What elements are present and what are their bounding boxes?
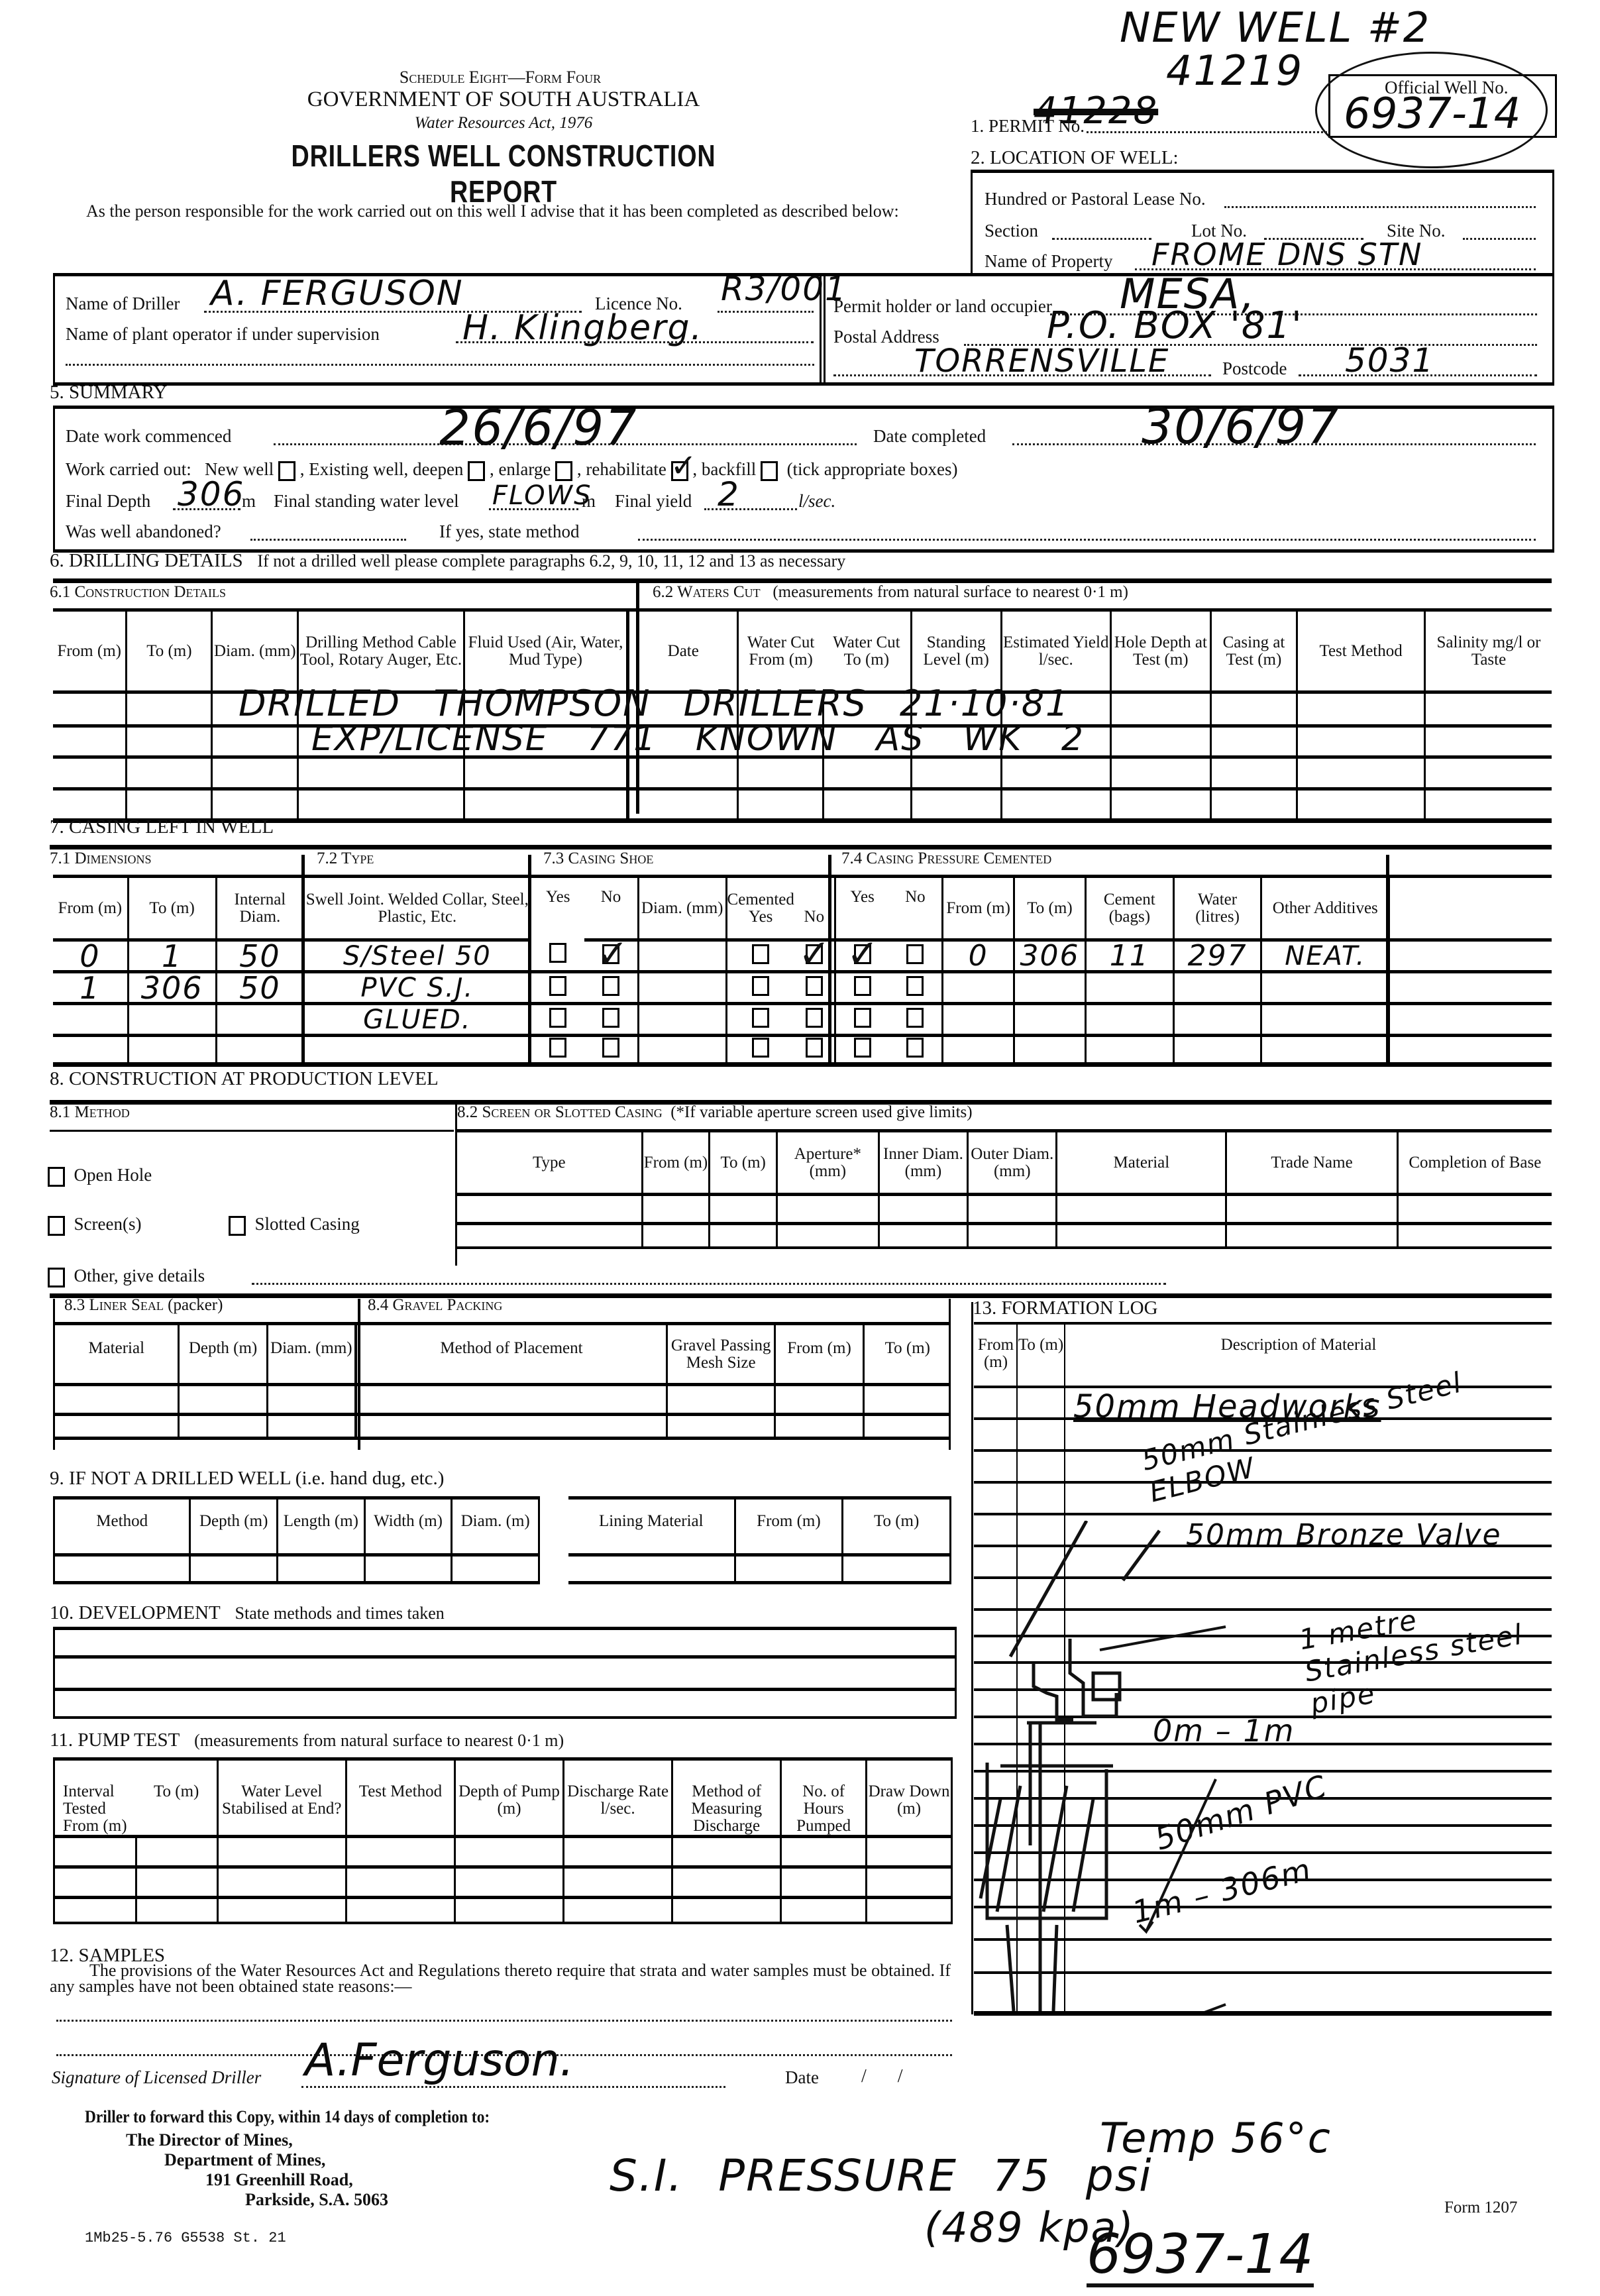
development-note: State methods and times taken [235,1604,445,1623]
development-title: 10. DEVELOPMENT [50,1602,221,1623]
shoe-yes-checkbox[interactable] [549,976,566,996]
driller-box: Name of Driller A. FERGUSON Licence No. … [53,273,826,386]
licence-field[interactable] [718,311,814,313]
screen-title-row: 8.2 Screen or Slotted Casing (*If variab… [457,1103,973,1122]
print-code: 1Mb25-5.76 G5538 St. 21 [85,2230,286,2246]
divider [974,1322,1552,1325]
col-header: From (m) [53,610,127,692]
lining-header-row: Lining Material From (m) To (m) [568,1498,951,1555]
depth-value: 306 [178,475,244,514]
col-header: Depth (m) [190,1498,278,1555]
col-header: Estimated Yield l/sec. [1001,610,1110,692]
waters-title-row: 6.2 Waters Cut (measurements from natura… [653,583,1128,602]
shoe-no-checkbox[interactable] [602,1008,619,1028]
col-header: Water Level Stabilised at End? [217,1759,346,1837]
shoe-no-checkbox[interactable] [602,1038,619,1058]
col-header: Diam. (mm) [267,1324,356,1385]
table-row [53,789,1552,821]
drilling-title-row: 6. DRILLING DETAILS If not a drilled wel… [50,550,845,572]
col-header: To (m) [1014,877,1086,940]
abandoned-label: Was well abandoned? [66,521,221,542]
table-row: 0 1 50 S/Steel 50 ✓ ✓ ✓ 0 306 11 297 NEA… [53,940,1552,972]
casing-from: 1 [53,972,128,1004]
divider [50,1130,454,1132]
pressure-no-checkbox[interactable] [906,1008,924,1028]
pump-note: (measurements from natural surface to ne… [194,1731,564,1750]
abandoned-field[interactable] [250,539,406,541]
samples-reason-field[interactable] [56,2020,952,2022]
operator-field-2[interactable] [66,364,814,366]
col-header: Inner Diam. (mm) [879,1131,967,1195]
development-box[interactable] [53,1627,957,1719]
commenced-value: 26/6/97 [439,400,637,457]
liner-title: 8.3 Liner Seal [64,1296,164,1314]
gravel-title: 8.4 Gravel Packing [368,1296,502,1315]
operator-value: H. Klingberg. [462,308,703,348]
col-header: Aperture* (mm) [776,1131,879,1195]
divider [53,578,1552,583]
drilling-note: If not a drilled well please complete pa… [257,551,845,571]
deepen-label: , Existing well, deepen [300,459,464,479]
col-header: Width (m) [364,1498,452,1555]
cemented-no-checkbox[interactable] [806,1008,823,1028]
col-header: Water Cut From (m) [738,610,823,692]
forward-line1: Driller to forward this Copy, within 14 … [85,2107,490,2127]
col-header: Trade Name [1226,1131,1397,1195]
cemented-no-checkbox[interactable] [806,1038,823,1058]
col-header: From (m) [53,877,128,940]
construction-title: 6.1 Construction Details [50,583,226,602]
act-label: Water Resources Act, 1976 [371,114,636,133]
production-title: 8. CONSTRUCTION AT PRODUCTION LEVEL [50,1068,439,1090]
col-header: Casing at Test (m) [1210,610,1297,692]
signature-value: A.Ferguson. [305,2034,574,2087]
col-header: From (m) [974,1337,1018,1371]
postcode-value: 5031 [1345,341,1434,380]
shoe-yes-checkbox[interactable] [549,943,566,963]
col-header: To (m) [863,1324,951,1385]
waters-note: (measurements from natural surface to ne… [773,583,1128,601]
col-header: Cement (bags) [1085,877,1173,940]
swl-label: Final standing water level [274,491,459,512]
tick-note: (tick appropriate boxes) [787,459,958,479]
col-header: From (m) [735,1498,843,1555]
blank-cell [1389,877,1552,940]
waters-title: 6.2 Waters Cut [653,583,761,601]
not-drilled-title: 9. IF NOT A DRILLED WELL (i.e. hand dug,… [50,1468,444,1490]
circle-annotation [1315,52,1548,168]
cemented-yes-checkbox[interactable] [752,1038,769,1058]
other-additives: NEAT. [1261,940,1389,972]
divider [50,845,1552,849]
cement-bags: 11 [1085,940,1173,972]
other-details-field[interactable] [252,1283,1166,1285]
deepen-checkbox[interactable] [468,461,485,481]
hundred-label: Hundred or Pastoral Lease No. [985,189,1206,209]
work-label: Work carried out: [66,459,191,479]
table-row: GLUED. [53,1004,1552,1036]
pressure-yes-checkbox[interactable] [854,1008,871,1028]
backfill-checkbox[interactable] [761,461,778,481]
forward-line2: The Director of Mines, [126,2130,293,2150]
open-hole-option[interactable]: Open Hole [48,1165,152,1187]
col-header: Other Additives [1261,877,1389,940]
table-row [54,1867,952,1898]
signature-label: Signature of Licensed Driller [52,2067,261,2088]
col-header: No [889,877,943,940]
col-header: Interval Tested From (m) [54,1759,136,1837]
drilling-note-line1: DRILLED THOMPSON DRILLERS 21·10·81 [239,683,1069,724]
method-title: 8.1 Method [50,1103,130,1122]
forward-line4: 191 Greenhill Road, [205,2170,353,2190]
pressure-from: 0 [943,940,1014,972]
new-well-annotation: NEW WELL #2 [1120,3,1430,52]
casing-pressure-title: 7.4 Casing Pressure Cemented [841,849,1051,868]
pump-title-row: 11. PUMP TEST (measurements from natural… [50,1729,564,1751]
casing-diam: 50 [216,972,304,1004]
holder-label: Permit holder or land occupier [833,296,1052,317]
property-label: Name of Property [985,251,1112,272]
property-value: FROME DNS STN [1151,237,1422,272]
location-box: Hundred or Pastoral Lease No. Section Lo… [971,170,1554,276]
rehabilitate-label: , rehabilitate [577,459,667,479]
casing-type: PVC S.J. [304,972,531,1004]
pressure-to: 306 [1014,940,1086,972]
abandon-method-field[interactable] [638,539,1536,541]
depth-label: Final Depth [66,491,150,512]
schedule-label: Schedule Eight—Form Four [368,68,633,87]
casing-dim-title: 7.1 Dimensions [50,849,152,868]
divider [50,1293,1552,1298]
formation-note: 50mm Stainless Steel ELBOW [1138,1347,1548,1508]
shoe-no-checkbox[interactable] [602,976,619,996]
formation-title: 13. FORMATION LOG [973,1297,1158,1319]
col-header: Length (m) [277,1498,364,1555]
postcode-label: Postcode [1222,358,1287,379]
col-header: Outer Diam. (mm) [968,1131,1057,1195]
location-title: 2. LOCATION OF WELL: [971,147,1179,169]
col-header: To (m) [128,877,216,940]
screens-checkbox[interactable] [48,1216,65,1236]
divider [55,1655,955,1659]
table-row [457,1195,1552,1224]
col-header: Water (litres) [1173,877,1261,940]
drilling-header-row: From (m) To (m) Diam. (mm) Drilling Meth… [53,610,1552,692]
screen-title: 8.2 Screen or Slotted Casing [457,1103,663,1121]
pressure-yes-checkbox[interactable] [854,976,871,996]
section-label: Section [985,221,1038,241]
depth-unit: m [242,491,256,512]
table-row [457,1224,1552,1248]
postal-value: P.O. BOX '81' [1047,304,1303,347]
col-header: Completion of Base [1397,1131,1552,1195]
col-header: Method of Placement [356,1324,667,1385]
date-label: Date [785,2067,819,2088]
screen-table: Type From (m) To (m) Aperture* (mm) Inne… [457,1129,1552,1249]
drilling-title: 6. DRILLING DETAILS [50,550,243,571]
screen-note: (*If variable aperture screen used give … [670,1103,972,1121]
enlarge-checkbox[interactable] [555,461,572,481]
col-header: Date [628,610,738,692]
col-header: Cemented Yes [726,877,794,940]
casing-from: 0 [53,940,128,972]
liner-gravel-header-row: Material Depth (m) Diam. (mm) Method of … [55,1324,951,1385]
col-header: Depth of Pump (m) [454,1759,563,1837]
pressure-yes-checkbox[interactable] [854,1038,871,1058]
liner-note: (packer) [168,1296,223,1314]
table-row [55,1385,951,1415]
well-number-footer: 6937-14 [1087,2226,1314,2287]
forward-line3: Department of Mines, [164,2150,325,2170]
page-title: DRILLERS WELL CONSTRUCTION REPORT [270,138,737,209]
pressure-no-checkbox[interactable] [906,944,924,964]
water-litres: 297 [1173,940,1261,972]
arrow-annotations-icon [1073,1521,1537,2011]
permit-field[interactable] [1087,131,1327,133]
screens-option[interactable]: Screen(s) [48,1214,141,1236]
col-header: Internal Diam. [216,877,304,940]
summary-title: 5. SUMMARY [50,382,167,404]
table-row [54,1555,539,1583]
check-mark-icon: ✓ [847,940,879,967]
col-header: From (m) [775,1324,863,1385]
pump-header-row: Interval Tested From (m) To (m) Water Le… [54,1759,952,1837]
lining-table: Lining Material From (m) To (m) [568,1496,951,1584]
new-well-checkbox[interactable] [278,461,295,481]
other-option[interactable]: Other, give details [48,1266,205,1287]
casing-type-title: 7.2 Type [317,849,374,868]
col-header: Test Method [1297,610,1425,692]
open-hole-label: Open Hole [74,1165,152,1185]
col-header: To (m) [136,1759,217,1837]
site-field[interactable] [1463,238,1536,240]
table-row [568,1555,951,1583]
section-field[interactable] [1052,238,1151,240]
check-mark-icon: ✓ [798,940,831,967]
operator-label: Name of plant operator if under supervis… [66,324,380,345]
shoe-yes-checkbox[interactable] [549,1008,566,1028]
samples-text: The provisions of the Water Resources Ac… [50,1963,957,1995]
not-drilled-table: Method Depth (m) Length (m) Width (m) Di… [53,1496,540,1584]
casing-table: From (m) To (m) Internal Diam. Swell Joi… [53,875,1552,1067]
slotted-label: Slotted Casing [255,1214,360,1234]
temp-annotation: Temp 56°c [1100,2114,1332,2162]
col-header: Gravel Passing Mesh Size [667,1324,775,1385]
col-header: Lining Material [568,1498,735,1555]
slotted-checkbox[interactable] [229,1216,246,1236]
col-header: Drilling Method Cable Tool, Rotary Auger… [298,610,464,692]
col-header: To (m) [127,610,212,692]
casing-to: 1 [128,940,216,972]
col-header: No. of Hours Pumped [781,1759,867,1837]
casing-diam: 50 [216,940,304,972]
hundred-field[interactable] [1224,206,1536,208]
col-header: Fluid Used (Air, Water, Mud Type) [464,610,628,692]
check-mark-icon: ✓ [596,940,629,967]
government-label: GOVERNMENT OF SOUTH AUSTRALIA [292,87,716,112]
yield-label: Final yield [615,491,692,512]
other-checkbox[interactable] [48,1268,65,1287]
permit-label: 1. PERMIT No. [971,116,1085,137]
col-header: Diam. (m) [452,1498,539,1555]
forward-line5: Parkside, S.A. 5063 [245,2190,388,2210]
col-header: To (m) [1018,1337,1064,1354]
col-header: Draw Down (m) [867,1759,952,1837]
col-header: From (m) [642,1131,710,1195]
liner-title-row: 8.3 Liner Seal (packer) [64,1296,223,1315]
casing-type: S/Steel 50 [304,940,531,972]
col-header: Method of Measuring Discharge [672,1759,781,1837]
yield-value: 2 [718,475,740,514]
town-value: TORRENSVILLE [914,343,1169,380]
col-header: Material [55,1324,179,1385]
driller-name-label: Name of Driller [66,294,180,314]
swl-unit: m [582,491,596,512]
col-header: Swell Joint. Welded Collar, Steel, Plast… [304,877,531,940]
date-value: / / [861,2066,903,2087]
open-hole-checkbox[interactable] [48,1167,65,1187]
driller-name-value: A. FERGUSON [211,274,464,313]
form-number: Form 1207 [1444,2199,1517,2217]
other-label: Other, give details [74,1266,205,1285]
slotted-option[interactable]: Slotted Casing [229,1214,360,1236]
col-header: To (m) [843,1498,951,1555]
yield-unit: l/sec. [798,491,835,512]
casing-type: GLUED. [304,1004,531,1036]
intro-text: As the person responsible for the work c… [46,204,954,219]
table-row [54,1898,952,1923]
development-title-row: 10. DEVELOPMENT State methods and times … [50,1602,445,1624]
casing-to: 306 [128,972,216,1004]
pump-table: Interval Tested From (m) To (m) Water Le… [53,1757,953,1924]
col-header: To (m) [710,1131,777,1195]
col-header: Type [457,1131,642,1195]
summary-box: Date work commenced 26/6/97 Date complet… [53,406,1554,553]
cemented-yes-checkbox[interactable] [752,944,769,964]
commenced-label: Date work commenced [66,426,231,447]
col-header: Standing Level (m) [911,610,1001,692]
casing-shoe-title: 7.3 Casing Shoe [543,849,653,868]
check-mark-icon: ✓ [670,447,697,484]
cemented-no-checkbox[interactable] [806,976,823,996]
col-header: Test Method [346,1759,454,1837]
table-row: 1 306 50 PVC S.J. [53,972,1552,1004]
col-header: Salinity mg/l or Taste [1425,610,1552,692]
owner-box: Permit holder or land occupier MESA, Pos… [820,273,1554,386]
pump-title: 11. PUMP TEST [50,1729,180,1751]
number-annotation: 41219 [1166,46,1303,95]
table-row [54,1837,952,1867]
col-header: Description of Material [1067,1337,1530,1354]
screens-label: Screen(s) [74,1214,142,1234]
abandon-method-label: If yes, state method [439,521,579,542]
pressure-annotation: S.I. PRESSURE 75 psi [610,2150,1153,2201]
casing-title: 7. CASING LEFT IN WELL [50,816,274,838]
table-row [53,1036,1552,1065]
cemented-yes-checkbox[interactable] [752,1008,769,1028]
table-row [53,757,1552,789]
col-header: From (m) [943,877,1014,940]
col-header: Diam. (mm) [638,877,726,940]
col-header: Diam. (mm) [212,610,298,692]
shoe-yes-checkbox[interactable] [549,1038,566,1058]
cemented-yes-checkbox[interactable] [752,976,769,996]
not-drilled-header-row: Method Depth (m) Length (m) Width (m) Di… [54,1498,539,1555]
col-header: Depth (m) [179,1324,267,1385]
pressure-no-checkbox[interactable] [906,976,924,996]
swl-value: FLOWS [492,480,592,511]
col-header: Material [1057,1131,1226,1195]
divider [55,1688,955,1691]
screen-header-row: Type From (m) To (m) Aperture* (mm) Inne… [457,1131,1552,1195]
pressure-no-checkbox[interactable] [906,1038,924,1058]
col-header: Method [54,1498,190,1555]
liner-gravel-table: Material Depth (m) Diam. (mm) Method of … [55,1322,951,1440]
col-header: Water Cut To (m) [823,610,911,692]
col-header: Discharge Rate l/sec. [564,1759,672,1837]
enlarge-label: , enlarge [490,459,551,479]
col-header: Yes [531,877,584,940]
table-row [55,1415,951,1439]
drilling-note-line2: EXP/LICENSE 771 KNOWN AS WK 2 [311,719,1085,759]
rehabilitate-checkbox[interactable]: ✓ [671,461,688,481]
completed-value: 30/6/97 [1142,398,1340,455]
col-header: Hole Depth at Test (m) [1110,610,1210,692]
formation-table: From (m) To (m) Description of Material … [974,1322,1552,2016]
completed-label: Date completed [873,426,986,447]
